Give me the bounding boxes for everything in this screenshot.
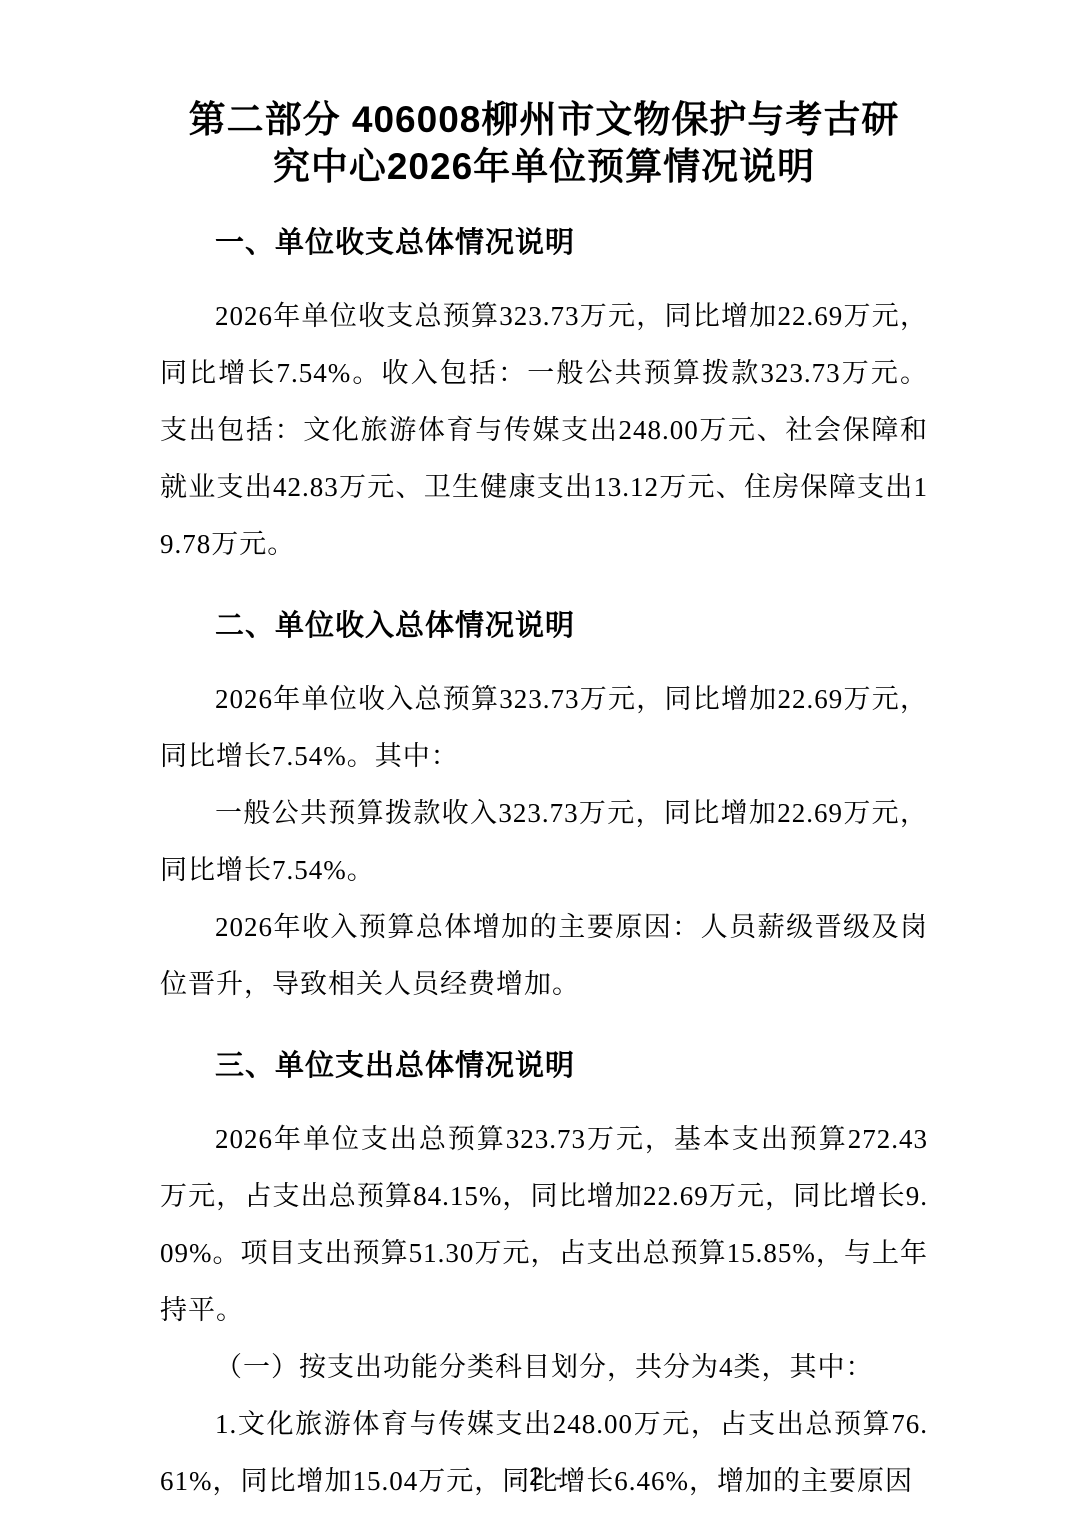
- paragraph: 2026年单位支出总预算323.73万元，基本支出预算272.43万元，占支出总…: [160, 1111, 928, 1339]
- paragraph: 2026年单位收入总预算323.73万元，同比增加22.69万元，同比增长7.5…: [160, 671, 928, 785]
- section-overall-revenue-expenditure: 一、单位收支总体情况说明 2026年单位收支总预算323.73万元，同比增加22…: [160, 222, 928, 573]
- section-heading-2: 二、单位收入总体情况说明: [160, 605, 928, 647]
- paragraph: 2026年收入预算总体增加的主要原因：人员薪级晋级及岗位晋升，导致相关人员经费增…: [160, 899, 928, 1013]
- section-heading-3: 三、单位支出总体情况说明: [160, 1045, 928, 1087]
- document-page: 第二部分 406008柳州市文物保护与考古研 究中心2026年单位预算情况说明 …: [0, 0, 1074, 1520]
- section-heading-1: 一、单位收支总体情况说明: [160, 222, 928, 264]
- paragraph: 1.文化旅游体育与传媒支出248.00万元，占支出总预算76.61%，同比增加1…: [160, 1396, 928, 1510]
- section-overall-revenue: 二、单位收入总体情况说明 2026年单位收入总预算323.73万元，同比增加22…: [160, 605, 928, 1013]
- paragraph: 2026年单位收支总预算323.73万元，同比增加22.69万元，同比增长7.5…: [160, 288, 928, 573]
- page-number: - 2 -: [0, 1463, 1074, 1492]
- paragraph: （一）按支出功能分类科目划分，共分为4类，其中：: [160, 1339, 928, 1396]
- section-overall-expenditure: 三、单位支出总体情况说明 2026年单位支出总预算323.73万元，基本支出预算…: [160, 1045, 928, 1510]
- paragraph: 一般公共预算拨款收入323.73万元，同比增加22.69万元，同比增长7.54%…: [160, 785, 928, 899]
- document-title-line-1: 第二部分 406008柳州市文物保护与考古研: [160, 96, 928, 143]
- document-title: 第二部分 406008柳州市文物保护与考古研 究中心2026年单位预算情况说明: [160, 96, 928, 190]
- document-title-line-2: 究中心2026年单位预算情况说明: [160, 143, 928, 190]
